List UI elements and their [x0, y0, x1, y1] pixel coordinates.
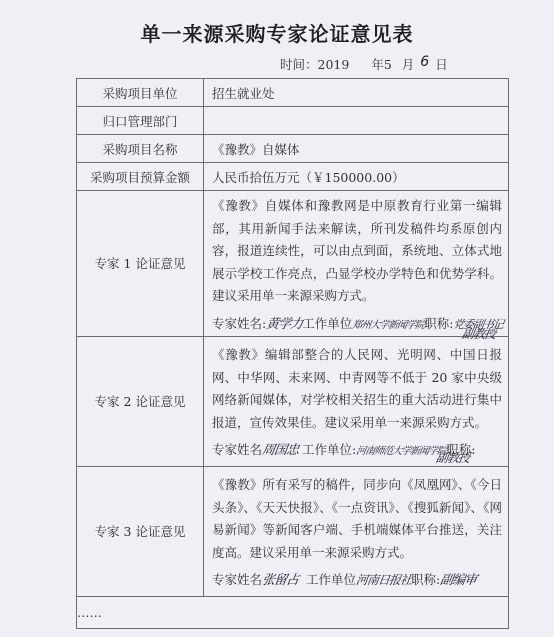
date-label: 时间：2019 [280, 55, 349, 73]
expert-opinion-cell: 《豫教》所有采写的稿件，同步向《凤凰网》、《今日头条》、《天天快报》、《一点资讯… [204, 466, 509, 596]
row-label: 采购项目预算金额 [77, 163, 204, 191]
expert-unit-label: 工作单位 [306, 572, 356, 587]
expert-title-label: 职称: [424, 316, 453, 331]
row-value: 《豫教》自媒体 [204, 135, 509, 163]
expert-opinion-text: 《豫教》所有采写的稿件，同步向《凤凰网》、《今日头条》、《天天快报》、《一点资讯… [204, 470, 508, 564]
expert-name-label: 专家姓名 [212, 572, 262, 587]
row-label: 采购项目单位 [77, 79, 204, 107]
table-row-purchasing-unit: 采购项目单位 招生就业处 [77, 79, 509, 107]
expert-title-signature-2: 副教授 [460, 322, 496, 346]
table-row-expert-3: 专家 3 论证意见 《豫教》所有采写的稿件，同步向《凤凰网》、《今日头条》、《天… [77, 466, 509, 596]
expert-opinion-cell: 《豫教》自媒体和豫教网是中原教育行业第一编辑部，其用新闻手法来解读，所刊发稿件均… [204, 191, 509, 337]
expert-signature-line: 专家姓名周国忠 工作单位:河南师范大学新闻学院职称: 副教授 [204, 434, 508, 462]
expert-name-signature: 黄学力 [265, 313, 304, 337]
table-row-project-name: 采购项目名称 《豫教》自媒体 [77, 135, 509, 163]
table-row-expert-2: 专家 2 论证意见 《豫教》编辑部整合的人民网、光明网、中国日报网、中华网、未来… [77, 336, 509, 466]
expert-name-label: 专家姓名: [212, 316, 266, 331]
expert-label: 专家 3 论证意见 [77, 466, 204, 596]
row-value [204, 107, 509, 135]
row-value: 招生就业处 [204, 79, 509, 107]
document-title: 单一来源采购专家论证意见表 [0, 18, 554, 47]
date-day-suffix: 日 [435, 55, 448, 73]
date-year-suffix: 年5 [371, 55, 391, 73]
expert-unit-signature: 河南师范大学新闻学院 [355, 440, 448, 464]
procurement-opinion-table: 采购项目单位 招生就业处 归口管理部门 采购项目名称 《豫教》自媒体 采购项目预… [76, 78, 509, 629]
table-row-expert-1: 专家 1 论证意见 《豫教》自媒体和豫教网是中原教育行业第一编辑部，其用新闻手法… [77, 191, 509, 337]
date-month-suffix: 月 [402, 55, 415, 73]
expert-signature-line: 专家姓名张留占 工作单位河南日报社职称:副编审 [204, 564, 508, 592]
ellipsis-placeholder: …… [77, 596, 509, 628]
date-day-handwritten: 6 [420, 54, 429, 70]
expert-unit-signature: 河南日报社 [354, 568, 412, 592]
expert-signature-line: 专家姓名:黄学力工作单位郑州大学新闻学院职称:党委副书记 副教授 [204, 308, 508, 336]
expert-opinion-cell: 《豫教》编辑部整合的人民网、光明网、中国日报网、中华网、未来网、中青网等不低于 … [204, 336, 509, 466]
date-line: 时间：2019年5月6日 [280, 55, 448, 73]
expert-unit-signature: 郑州大学新闻学院 [351, 314, 426, 338]
expert-opinion-text: 《豫教》编辑部整合的人民网、光明网、中国日报网、中华网、未来网、中青网等不低于 … [204, 340, 508, 434]
row-value: 人民币拾伍万元（￥150000.00） [204, 163, 509, 191]
table-row-more: …… [77, 596, 509, 628]
expert-name-label: 专家姓名 [212, 442, 262, 457]
expert-title-signature: 副教授 [434, 446, 470, 470]
expert-name-signature: 周国忠 [260, 439, 299, 463]
table-row-budget: 采购项目预算金额 人民币拾伍万元（￥150000.00） [77, 163, 509, 191]
expert-label: 专家 2 论证意见 [77, 336, 204, 466]
expert-unit-label: 工作单位: [302, 442, 356, 457]
table-row-management-dept: 归口管理部门 [77, 107, 509, 135]
expert-title-signature: 副编审 [439, 569, 478, 593]
expert-label: 专家 1 论证意见 [77, 191, 204, 337]
expert-opinion-text: 《豫教》自媒体和豫教网是中原教育行业第一编辑部，其用新闻手法来解读，所刊发稿件均… [204, 191, 508, 308]
expert-title-label: 职称: [411, 572, 440, 587]
row-label: 归口管理部门 [77, 107, 204, 135]
expert-name-signature: 张留占 [260, 569, 299, 593]
expert-unit-label: 工作单位 [302, 316, 352, 331]
row-label: 采购项目名称 [77, 135, 204, 163]
